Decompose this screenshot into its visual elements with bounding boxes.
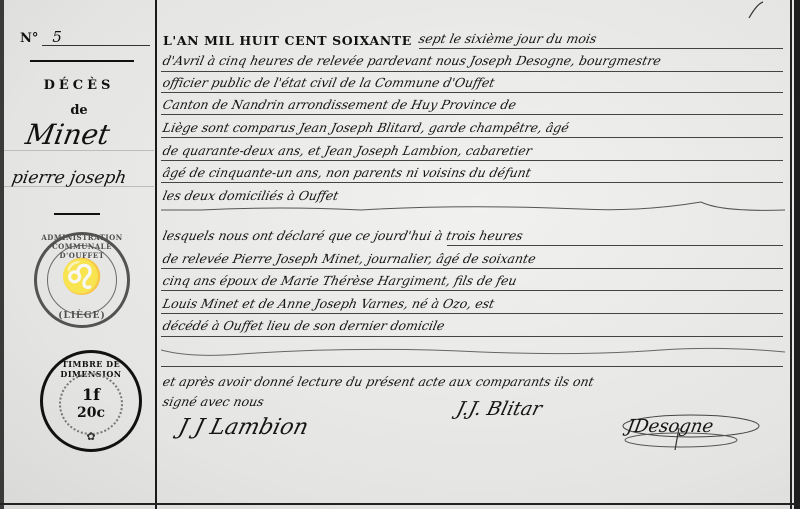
tax-stamp-value-centimes: 20c bbox=[43, 405, 139, 421]
scan-edge-right bbox=[794, 0, 800, 509]
commune-seal-stamp: ADMINISTRATION COMMUNALE D'OUFFET ♌ (LIÈ… bbox=[34, 232, 130, 328]
underline bbox=[161, 268, 783, 269]
page-border-right bbox=[790, 0, 792, 509]
tax-stamp-value-francs: 1f bbox=[43, 385, 139, 404]
record-number-label: N° bbox=[20, 31, 38, 46]
document-page: N°5 DÉCÈS de Minet pierre joseph ADMINIS… bbox=[0, 0, 800, 509]
record-number-underline bbox=[42, 45, 150, 46]
underline bbox=[161, 160, 783, 161]
record-number-value: 5 bbox=[52, 28, 62, 46]
signature-blitar: J.J. Blitar bbox=[454, 398, 544, 420]
underline bbox=[161, 290, 783, 291]
ribbon-bow-icon: ✿ bbox=[43, 430, 139, 443]
underline bbox=[161, 71, 783, 72]
record-line-13: décédé à Ouffet lieu de son dernier domi… bbox=[163, 318, 783, 333]
ink-flourish-icon bbox=[747, 0, 767, 20]
deceased-forenames: pierre joseph bbox=[10, 168, 128, 188]
header-rule bbox=[30, 60, 134, 62]
wreath-icon bbox=[59, 373, 123, 435]
record-line-2: d'Avril à cinq heures de relevée pardeva… bbox=[163, 53, 783, 68]
underline bbox=[161, 182, 783, 183]
underline bbox=[447, 245, 783, 246]
record-line-7: âgé de cinquante-un ans, non parents ni … bbox=[163, 165, 783, 180]
signature-lambion: J J Lambion bbox=[176, 415, 311, 440]
record-line-12: Louis Minet et de Anne Joseph Varnes, né… bbox=[163, 296, 783, 311]
record-number: N°5 bbox=[20, 28, 62, 46]
seal-bottom-text: (LIÈGE) bbox=[37, 311, 127, 321]
underline bbox=[161, 366, 783, 367]
record-line-4: Canton de Nandrin arrondissement de Huy … bbox=[163, 97, 783, 112]
lion-emblem-icon: ♌ bbox=[37, 257, 127, 297]
record-type-de: de bbox=[4, 103, 154, 118]
record-heading: L'AN MIL HUIT CENT SOIXANTE bbox=[163, 33, 412, 48]
record-line-11: cinq ans époux de Marie Thérèse Hargimen… bbox=[163, 273, 783, 288]
underline bbox=[161, 313, 783, 314]
underline bbox=[161, 137, 783, 138]
underline bbox=[419, 48, 783, 49]
deceased-surname: Minet bbox=[23, 118, 112, 151]
underline bbox=[161, 92, 783, 93]
tax-stamp: TIMBRE DE DIMENSION 1f 20c ✿ bbox=[40, 350, 142, 452]
seal-ring-text: ADMINISTRATION COMMUNALE D'OUFFET bbox=[37, 233, 127, 260]
record-line-9: lesquels nous ont déclaré que ce jourd'h… bbox=[163, 228, 783, 243]
record-line-10: de relevée Pierre Joseph Minet, journali… bbox=[163, 251, 783, 266]
record-line-6: de quarante-deux ans, et Jean Joseph Lam… bbox=[163, 143, 783, 158]
underline bbox=[161, 114, 783, 115]
record-type-title: DÉCÈS bbox=[4, 78, 154, 93]
margin-column: N°5 DÉCÈS de Minet pierre joseph ADMINIS… bbox=[4, 0, 154, 509]
record-line-3: officier public de l'état civil de la Co… bbox=[163, 75, 783, 90]
underline bbox=[161, 336, 783, 337]
name-end-rule bbox=[54, 213, 100, 215]
record-line-14: et après avoir donné lecture du présent … bbox=[163, 374, 783, 389]
line-filler-squiggle bbox=[161, 200, 785, 214]
record-line-1: sept le sixième jour du mois bbox=[419, 31, 779, 46]
record-line-5: Liège sont comparus Jean Joseph Blitard,… bbox=[163, 120, 783, 135]
line-filler-squiggle bbox=[161, 344, 785, 358]
signature-desogne: JDesogne bbox=[625, 416, 715, 437]
record-body: L'AN MIL HUIT CENT SOIXANTE sept le sixi… bbox=[157, 0, 790, 509]
